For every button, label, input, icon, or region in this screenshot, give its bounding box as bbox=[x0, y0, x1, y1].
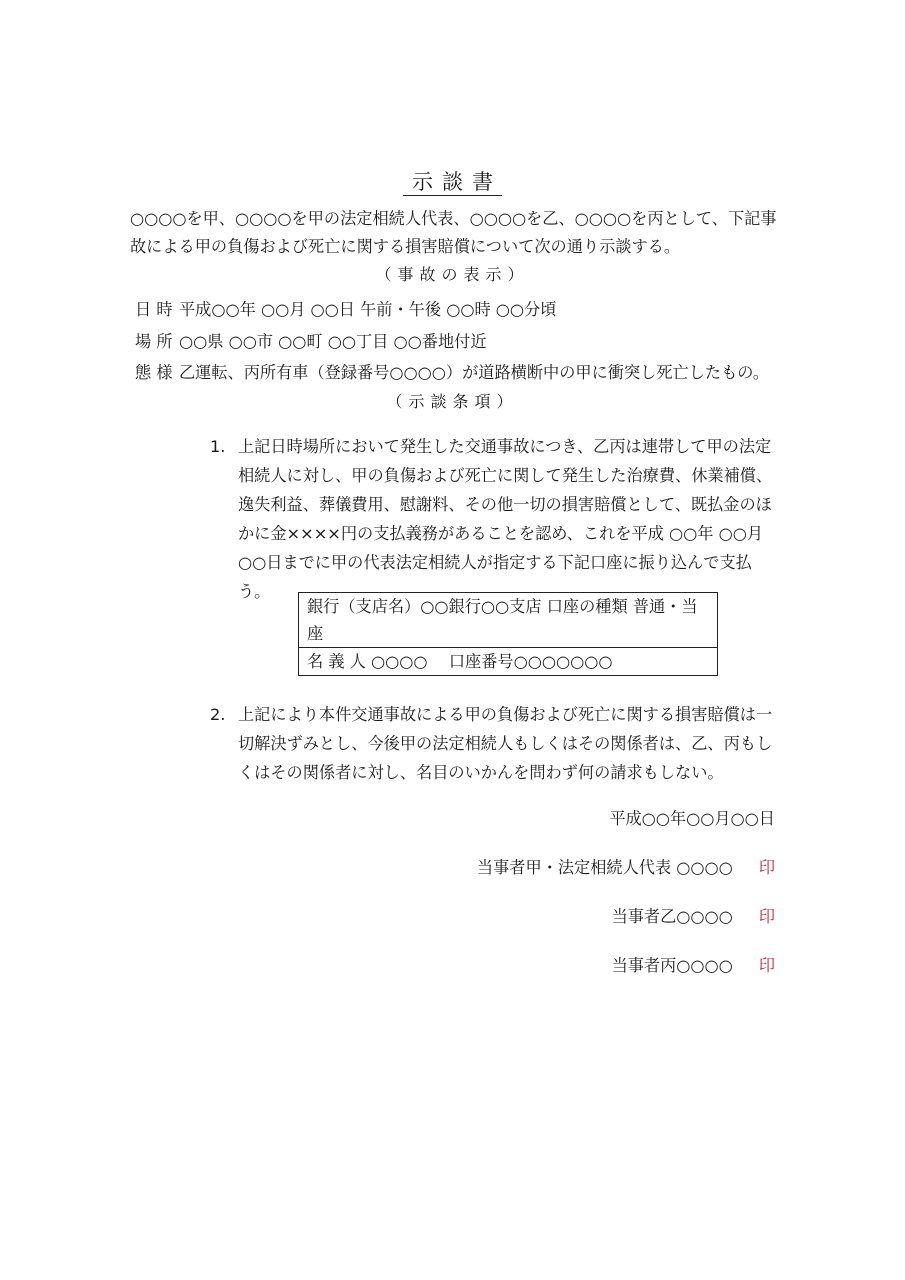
signature-label: 当事者乙○○○○ bbox=[612, 907, 733, 926]
terms-heading: （示談条項） bbox=[0, 389, 905, 412]
clause-text: 上記日時場所において発生した交通事故につき、乙丙は連帯して甲の法定相続人に対し、… bbox=[238, 432, 780, 606]
clause-number: 2. bbox=[210, 700, 225, 729]
accident-value: 乙運転、丙所有車（登録番号○○○○）が道路横断中の甲に衝突し死亡したもの。 bbox=[179, 363, 769, 382]
bank-account-box: 銀行（支店名）○○銀行○○支店 口座の種類 普通・当座 名 義 人 ○○○○ 口… bbox=[298, 592, 718, 676]
agreement-date: 平成○○年○○月○○日 bbox=[609, 805, 775, 829]
accident-heading: （事故の表示） bbox=[0, 262, 905, 285]
title-text: 示談書 bbox=[403, 170, 502, 196]
document-title: 示談書 bbox=[0, 166, 905, 196]
intro-paragraph: ○○○○を甲、○○○○を甲の法定相続人代表、○○○○を乙、○○○○を丙として、下… bbox=[130, 205, 790, 261]
clause-number: 1. bbox=[210, 432, 225, 461]
accident-row-manner: 態 様乙運転、丙所有車（登録番号○○○○）が道路横断中の甲に衝突し死亡したもの。 bbox=[135, 359, 769, 383]
accident-label: 態 様 bbox=[135, 359, 179, 383]
signature-party-c: 当事者丙○○○○印 bbox=[612, 952, 775, 976]
seal-mark: 印 bbox=[759, 858, 775, 877]
signature-party-a: 当事者甲・法定相続人代表 ○○○○印 bbox=[477, 854, 775, 878]
signature-label: 当事者甲・法定相続人代表 ○○○○ bbox=[477, 858, 733, 877]
accident-label: 場 所 bbox=[135, 328, 179, 352]
bank-row-holder: 名 義 人 ○○○○ 口座番号○○○○○○○ bbox=[299, 647, 717, 675]
clause-1: 1. 上記日時場所において発生した交通事故につき、乙丙は連帯して甲の法定相続人に… bbox=[210, 432, 780, 606]
accident-value: ○○県 ○○市 ○○町 ○○丁目 ○○番地付近 bbox=[179, 332, 487, 351]
seal-mark: 印 bbox=[759, 956, 775, 975]
clause-text: 上記により本件交通事故による甲の負傷および死亡に関する損害賠償は一切解決ずみとし… bbox=[238, 700, 780, 787]
signature-label: 当事者丙○○○○ bbox=[612, 956, 733, 975]
accident-value: 平成○○年 ○○月 ○○日 午前・午後 ○○時 ○○分頃 bbox=[179, 300, 556, 319]
accident-row-place: 場 所○○県 ○○市 ○○町 ○○丁目 ○○番地付近 bbox=[135, 328, 487, 352]
accident-row-datetime: 日 時平成○○年 ○○月 ○○日 午前・午後 ○○時 ○○分頃 bbox=[135, 296, 556, 320]
clause-2: 2. 上記により本件交通事故による甲の負傷および死亡に関する損害賠償は一切解決ず… bbox=[210, 700, 780, 787]
bank-row-branch: 銀行（支店名）○○銀行○○支店 口座の種類 普通・当座 bbox=[299, 593, 717, 647]
accident-label: 日 時 bbox=[135, 296, 179, 320]
signature-party-b: 当事者乙○○○○印 bbox=[612, 903, 775, 927]
seal-mark: 印 bbox=[759, 907, 775, 926]
